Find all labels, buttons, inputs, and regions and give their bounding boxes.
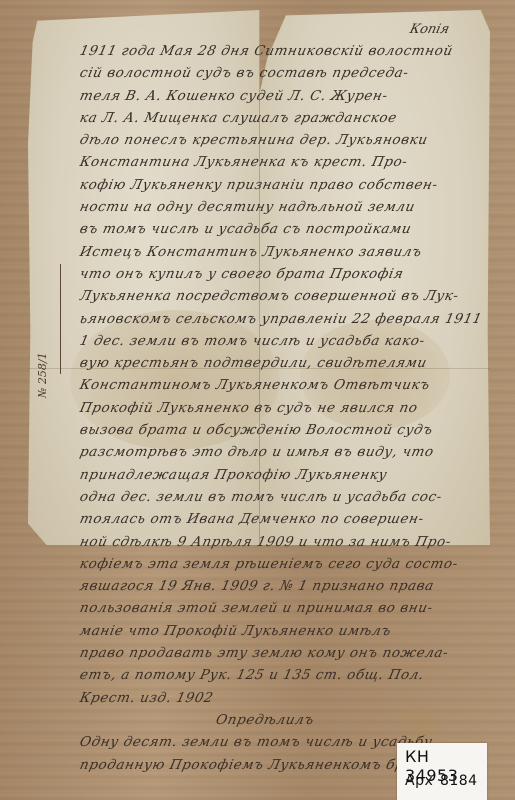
text-line: вую крестьянъ подтвердили, свидѣтелями	[78, 352, 493, 374]
text-line: что онъ купилъ у своего брата Прокофія	[78, 263, 493, 285]
text-line: сій волостной судъ въ составѣ председа-	[78, 62, 493, 84]
label-value: 8184	[440, 773, 478, 789]
text-line: Константина Лукьяненка къ крест. Про-	[78, 151, 493, 173]
text-line: 1 дес. земли въ томъ числѣ и усадьба как…	[78, 330, 493, 352]
text-line: тоялась отъ Ивана Демченко по совершен-	[78, 508, 493, 530]
text-line: Истецъ Константинъ Лукьяненко заявилъ	[78, 241, 493, 263]
label-key: Арх	[405, 773, 435, 789]
text-line: маніе что Прокофій Лукьяненко имѣлъ	[78, 620, 493, 642]
text-line: Лукьяненка посредствомъ совершенной въ Л…	[78, 285, 493, 307]
text-line: ной сдѣлкѣ 9 Апрѣля 1909 и что за нимъ П…	[78, 531, 493, 553]
text-line: ности на одну десятину надѣльной земли	[78, 196, 493, 218]
handwritten-body: 1911 года Мая 28 дня Ситниковскій волост…	[80, 40, 490, 776]
text-line: кофіемъ эта земля рѣшеніемъ сего суда со…	[78, 553, 493, 575]
text-line: вызова брата и обсужденію Волостной судъ	[78, 419, 493, 441]
text-line: Прокофій Лукьяненко въ судъ не явился по	[78, 397, 493, 419]
text-line: ьяновскомъ сельскомъ управленіи 22 февра…	[78, 308, 493, 330]
text-line: принадлежащая Прокофію Лукьяненку	[78, 464, 493, 486]
text-line: етъ, а потому Рук. 125 и 135 ст. общ. По…	[78, 664, 493, 686]
text-line: кофію Лукьяненку признаніи право собстве…	[78, 174, 493, 196]
text-line: право продавать эту землю кому онъ пожел…	[78, 642, 493, 664]
text-line: ка Л. А. Мищенка слушалъ гражданское	[78, 107, 493, 129]
resolution-heading: Опредѣлилъ	[78, 709, 493, 731]
text-line: Константиномъ Лукьяненкомъ Отвѣтчикъ	[78, 374, 493, 396]
text-line: теля В. А. Кошенко судей Л. С. Журен-	[78, 85, 493, 107]
label-key: КН	[405, 747, 435, 766]
text-line: одна дес. земли въ томъ числѣ и усадьба …	[78, 486, 493, 508]
text-line: явшагося 19 Янв. 1909 г. № 1 признано пр…	[78, 575, 493, 597]
text-line: въ томъ числѣ и усадьба съ постройками	[78, 218, 493, 240]
text-line: 1911 года Мая 28 дня Ситниковскій волост…	[78, 40, 493, 62]
text-line: пользованія этой землей и принимая во вн…	[78, 597, 493, 619]
archive-label: КН 34953 Арх 8184	[397, 743, 487, 800]
margin-note: № 258/1	[36, 352, 49, 398]
label-row-arch: Арх 8184	[405, 773, 478, 789]
text-line: разсмотрѣвъ это дѣло и имѣя въ виду, что	[78, 441, 493, 463]
text-line: Крест. изд. 1902	[78, 687, 493, 709]
margin-rule	[60, 264, 61, 374]
copy-mark: Копія	[408, 22, 451, 37]
text-line: дѣло понеслъ крестьянина дер. Лукьяновки	[78, 129, 493, 151]
